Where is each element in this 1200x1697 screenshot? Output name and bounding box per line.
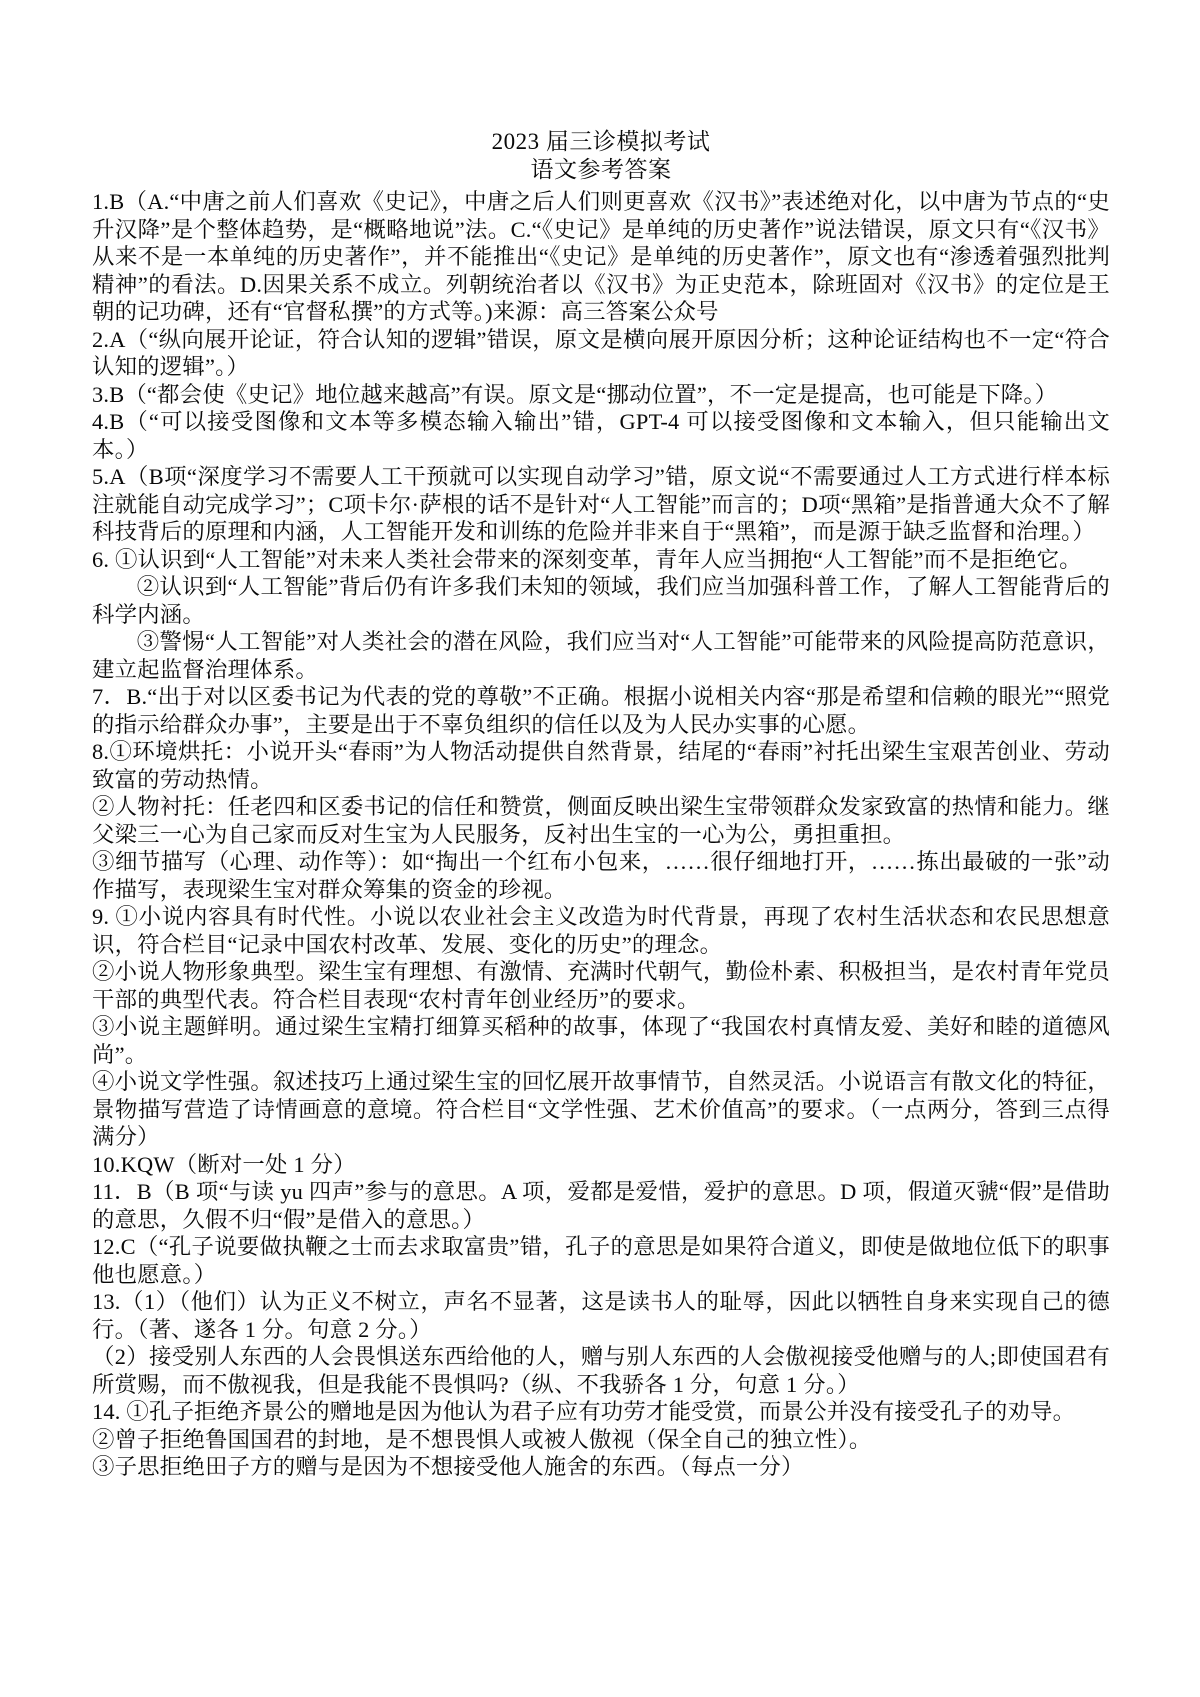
answer-paragraph: ③小说主题鲜明。通过梁生宝精打细算买稻种的故事，体现了“我国农村真情友爱、美好和…	[92, 1013, 1110, 1068]
answer-paragraph: ④小说文学性强。叙述技巧上通过梁生宝的回忆展开故事情节，自然灵活。小说语言有散文…	[92, 1068, 1110, 1151]
answer-paragraph: 8.①环境烘托：小说开头“春雨”为人物活动提供自然背景，结尾的“春雨”衬托出梁生…	[92, 738, 1110, 793]
page-title: 2023 届三诊模拟考试	[92, 128, 1110, 156]
answer-paragraph: 4.B（“可以接受图像和文本等多模态输入输出”错，GPT-4 可以接受图像和文本…	[92, 408, 1110, 463]
exam-answer-page: 2023 届三诊模拟考试 语文参考答案 1.B（A.“中唐之前人们喜欢《史记》，…	[0, 0, 1200, 1697]
answer-paragraph: ③警惕“人工智能”对人类社会的潜在风险，我们应当对“人工智能”可能带来的风险提高…	[92, 628, 1110, 683]
page-subtitle: 语文参考答案	[92, 156, 1110, 184]
answer-paragraph: 12.C（“孔子说要做执鞭之士而去求取富贵”错，孔子的意思是如果符合道义，即使是…	[92, 1233, 1110, 1288]
answer-paragraph: 10.KQW（断对一处 1 分）	[92, 1151, 1110, 1179]
answer-paragraph: ②曾子拒绝鲁国国君的封地，是不想畏惧人或被人傲视（保全自己的独立性）。	[92, 1426, 1110, 1454]
answer-paragraph: 2.A（“纵向展开论证，符合认知的逻辑”错误，原文是横向展开原因分析；这种论证结…	[92, 326, 1110, 381]
answer-paragraph: 1.B（A.“中唐之前人们喜欢《史记》，中唐之后人们则更喜欢《汉书》”表述绝对化…	[92, 188, 1110, 326]
answer-paragraph: ②小说人物形象典型。梁生宝有理想、有激情、充满时代朝气，勤俭朴素、积极担当，是农…	[92, 958, 1110, 1013]
answer-paragraph: 11．B（B 项“与读 yu 四声”参与的意思。A 项，爱都是爱惜，爱护的意思。…	[92, 1178, 1110, 1233]
answer-paragraph: ③细节描写（心理、动作等）：如“掏出一个红布小包来，……很仔细地打开，……拣出最…	[92, 848, 1110, 903]
answer-paragraph: 13.（1）（他们）认为正义不树立，声名不显著，这是读书人的耻辱，因此以牺牲自身…	[92, 1288, 1110, 1343]
answer-paragraph: （2）接受别人东西的人会畏惧送东西给他的人，赠与别人东西的人会傲视接受他赠与的人…	[92, 1343, 1110, 1398]
answer-paragraph: ②人物衬托：任老四和区委书记的信任和赞赏，侧面反映出梁生宝带领群众发家致富的热情…	[92, 793, 1110, 848]
answer-paragraph: 3.B（“都会使《史记》地位越来越高”有误。原文是“挪动位置”，不一定是提高，也…	[92, 381, 1110, 409]
answer-paragraph: 6. ①认识到“人工智能”对未来人类社会带来的深刻变革，青年人应当拥抱“人工智能…	[92, 546, 1110, 574]
answer-paragraph: 14. ①孔子拒绝齐景公的赠地是因为他认为君子应有功劳才能受赏，而景公并没有接受…	[92, 1398, 1110, 1426]
answer-paragraph: 9. ①小说内容具有时代性。小说以农业社会主义改造为时代背景，再现了农村生活状态…	[92, 903, 1110, 958]
answer-body: 1.B（A.“中唐之前人们喜欢《史记》，中唐之后人们则更喜欢《汉书》”表述绝对化…	[92, 188, 1110, 1481]
answer-paragraph: 7．B.“出于对以区委书记为代表的党的尊敬”不正确。根据小说相关内容“那是希望和…	[92, 683, 1110, 738]
answer-paragraph: 5.A（B项“深度学习不需要人工干预就可以实现自动学习”错，原文说“不需要通过人…	[92, 463, 1110, 546]
answer-paragraph: ②认识到“人工智能”背后仍有许多我们未知的领域，我们应当加强科普工作，了解人工智…	[92, 573, 1110, 628]
answer-paragraph: ③子思拒绝田子方的赠与是因为不想接受他人施舍的东西。（每点一分）	[92, 1453, 1110, 1481]
